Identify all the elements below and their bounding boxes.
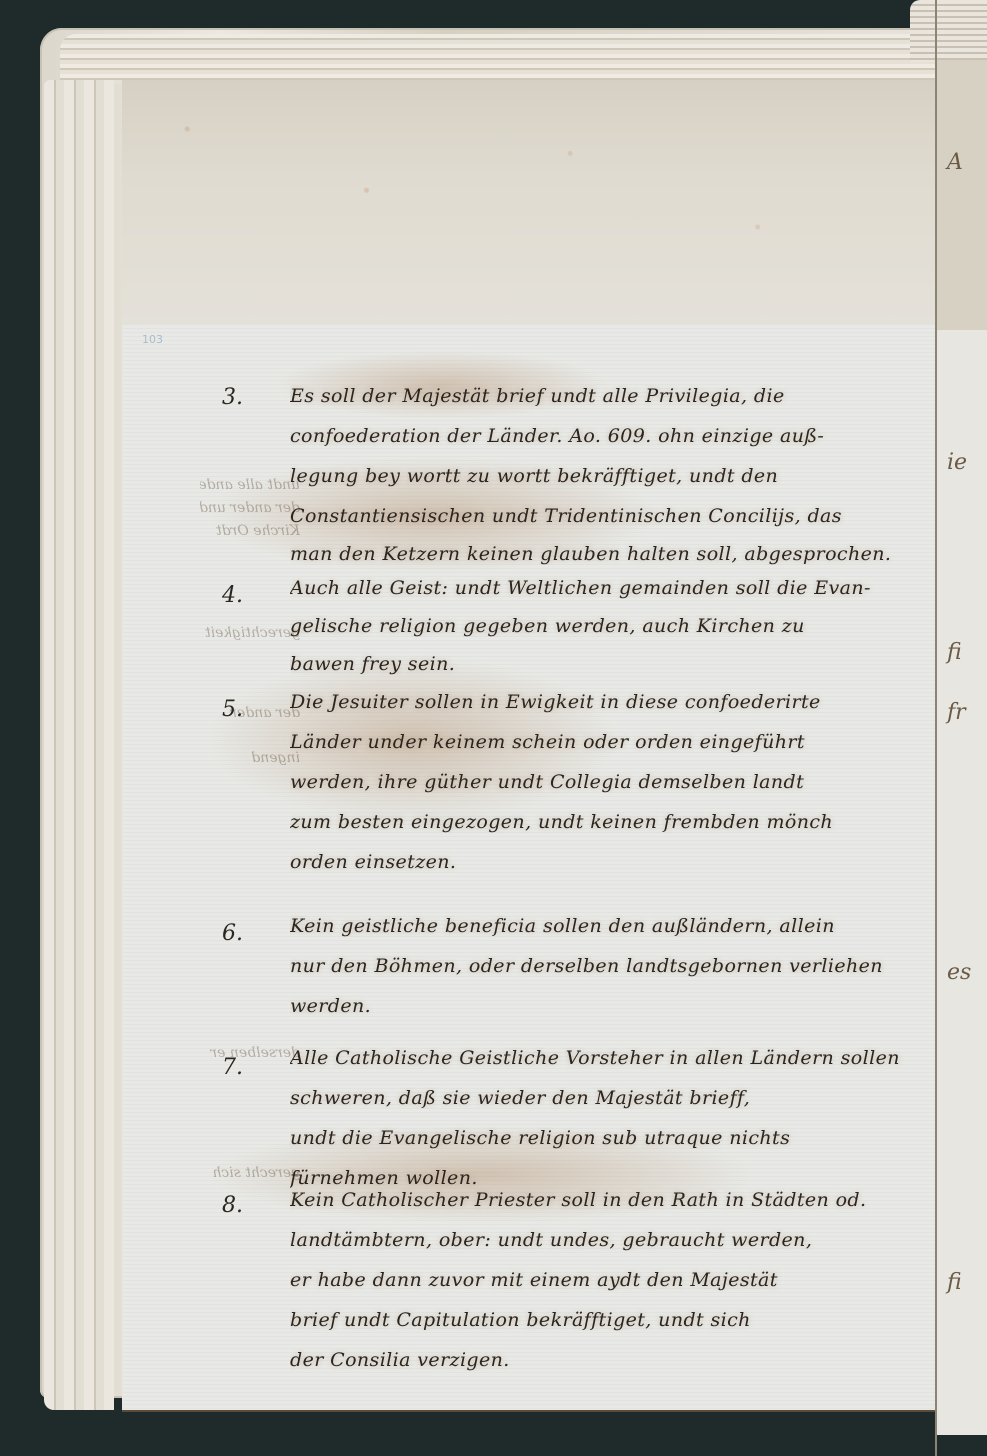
facing-page-fragment: es xyxy=(947,960,971,985)
text-line: Die Jesuiter sollen in Ewigkeit in diese… xyxy=(290,691,930,713)
text-line: werden. xyxy=(290,995,930,1017)
article-number: 5. xyxy=(222,697,243,722)
text-line: werden, ihre güther undt Collegia demsel… xyxy=(290,771,930,793)
text-line: Alle Catholische Geistliche Vorsteher in… xyxy=(290,1047,930,1069)
facing-page-fragment: fr xyxy=(947,700,966,725)
book-gutter-fold xyxy=(935,0,937,1456)
folio-number: 103 xyxy=(142,333,163,346)
article-number: 8. xyxy=(222,1193,243,1218)
text-line: undt die Evangelische religion sub utraq… xyxy=(290,1127,930,1149)
text-line: bawen frey sein. xyxy=(290,653,930,675)
bleed-through-text: Kirche Ordt xyxy=(200,523,300,539)
facing-page-fragment: fi xyxy=(947,1270,962,1295)
text-line: Länder under keinem schein oder orden ei… xyxy=(290,731,930,753)
bleed-through-text: gerecht sich xyxy=(200,1165,300,1181)
text-line: Kein geistliche beneficia sollen den auß… xyxy=(290,915,930,937)
facing-page-fragment: fi xyxy=(947,640,962,665)
text-line: orden einsetzen. xyxy=(290,851,930,873)
text-line: schweren, daß sie wieder den Majestät br… xyxy=(290,1087,930,1109)
facing-page-fragment: A xyxy=(947,150,963,175)
facing-page: A ie fi fr es fi xyxy=(937,60,987,1435)
text-line: man den Ketzern keinen glauben halten so… xyxy=(290,543,930,565)
text-line: landtämbtern, ober: undt undes, gebrauch… xyxy=(290,1229,930,1251)
bleed-through-text: der ander xyxy=(200,705,300,721)
text-line: zum besten eingezogen, undt keinen fremb… xyxy=(290,811,930,833)
facing-page-stack xyxy=(910,0,987,62)
page-stack-left-edge xyxy=(44,80,114,1410)
text-line: legung bey wortt zu wortt bekräfftiget, … xyxy=(290,465,930,487)
text-line: Es soll der Majestät brief undt alle Pri… xyxy=(290,385,930,407)
bleed-through-text: gerechtigkeit xyxy=(200,625,300,641)
text-line: fürnehmen wollen. xyxy=(290,1167,930,1189)
text-line: Auch alle Geist: undt Weltlichen gemaind… xyxy=(290,577,930,599)
bleed-through-text: ingend xyxy=(200,750,300,766)
text-line: brief undt Capitulation bekräfftiget, un… xyxy=(290,1309,930,1331)
bleed-through-text: undt alle andern xyxy=(200,477,300,493)
bleed-through-text: der ander und xyxy=(200,500,300,516)
article-number: 6. xyxy=(222,921,243,946)
text-line: confoederation der Länder. Ao. 609. ohn … xyxy=(290,425,930,447)
text-line: der Consilia verzigen. xyxy=(290,1349,930,1371)
manuscript-page: 103 undt alle andern der ander und Kirch… xyxy=(122,80,937,1412)
page-writing-area: 103 undt alle andern der ander und Kirch… xyxy=(122,325,937,1410)
article-number: 4. xyxy=(222,583,243,608)
page-upper-faded-area xyxy=(122,80,937,325)
article-number: 7. xyxy=(222,1055,243,1080)
bleed-through-text: derselben er xyxy=(200,1045,300,1061)
text-line: Kein Catholischer Priester soll in den R… xyxy=(290,1189,930,1211)
text-line: Constantiensischen undt Tridentinischen … xyxy=(290,505,930,527)
text-line: nur den Böhmen, oder derselben landtsgeb… xyxy=(290,955,930,977)
text-line: er habe dann zuvor mit einem aydt den Ma… xyxy=(290,1269,930,1291)
text-line: gelische religion gegeben werden, auch K… xyxy=(290,615,930,637)
article-number: 3. xyxy=(222,385,243,410)
facing-page-fragment: ie xyxy=(947,450,967,475)
